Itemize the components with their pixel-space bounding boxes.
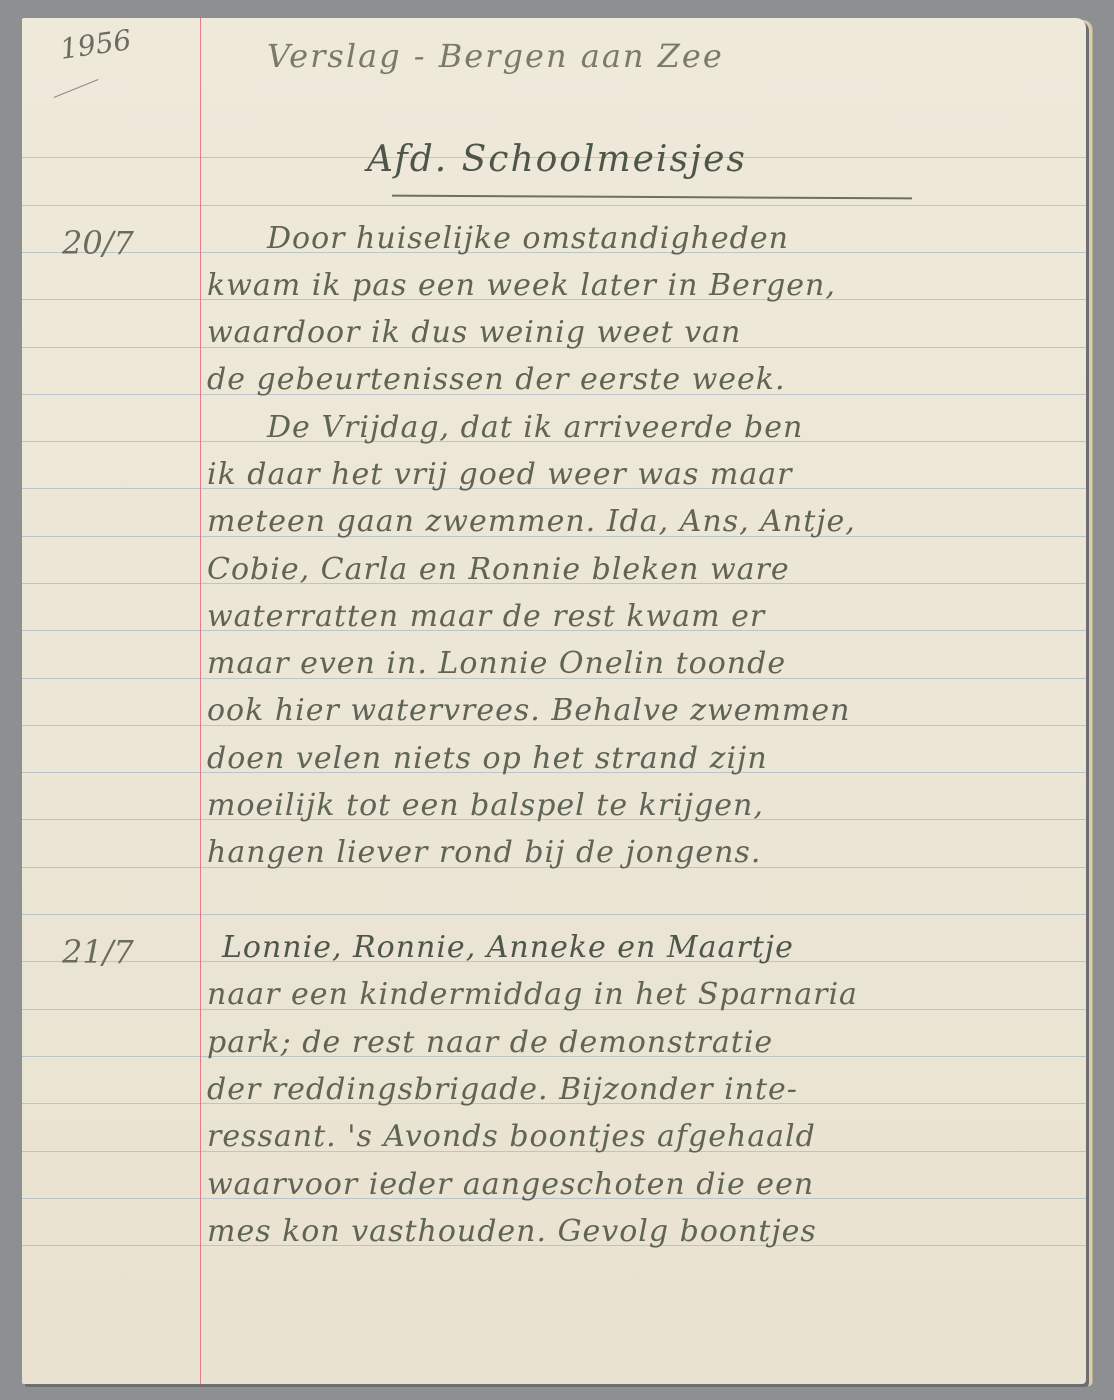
entry-line: der reddingsbrigade. Bijzonder inte- [207, 1075, 798, 1105]
entry-line: mes kon vasthouden. Gevolg boontjes [207, 1217, 817, 1247]
entry-line: waardoor ik dus weinig weet van [207, 318, 741, 348]
year-note-underline [54, 79, 99, 98]
margin-line [200, 18, 201, 1384]
entry-line: De Vrijdag, dat ik arriveerde ben [267, 413, 803, 443]
entry-line: Cobie, Carla en Ronnie bleken ware [207, 555, 790, 585]
subtitle-underline [392, 195, 912, 200]
entry-line: park; de rest naar de demonstratie [207, 1028, 773, 1058]
entry-line: doen velen niets op het strand zijn [207, 744, 768, 774]
entry-line: meteen gaan zwemmen. Ida, Ans, Antje, [207, 507, 856, 537]
page-title: Verslag - Bergen aan Zee [267, 40, 724, 72]
entry-line: moeilijk tot een balspel te krijgen, [207, 791, 764, 821]
entry-line: maar even in. Lonnie Onelin toonde [207, 649, 786, 679]
entry-line: ik daar het vrij goed weer was maar [207, 460, 792, 490]
entry-line: Door huiselijke omstandigheden [267, 224, 789, 254]
entry-date: 20/7 [62, 224, 134, 262]
page-subtitle: Afd. Schoolmeisjes [367, 142, 747, 178]
entry-line: waarvoor ieder aangeschoten die een [207, 1170, 814, 1200]
entry-line: naar een kindermiddag in het Sparnaria [207, 980, 858, 1010]
notebook-page: 1956 Verslag - Bergen aan Zee Afd. Schoo… [22, 18, 1086, 1384]
entry-line: ressant. 's Avonds boontjes afgehaald [207, 1122, 816, 1152]
year-note: 1956 [58, 23, 133, 66]
entry-line: ook hier watervrees. Behalve zwemmen [207, 696, 850, 726]
entry-date: 21/7 [62, 933, 134, 971]
entry-line: Lonnie, Ronnie, Anneke en Maartje [222, 933, 794, 963]
ruled-line [22, 914, 1086, 915]
ruled-line [22, 205, 1086, 206]
entry-line: waterratten maar de rest kwam er [207, 602, 765, 632]
entry-line: kwam ik pas een week later in Bergen, [207, 271, 836, 301]
entry-line: hangen liever rond bij de jongens. [207, 838, 761, 868]
entry-line: de gebeurtenissen der eerste week. [207, 365, 786, 395]
